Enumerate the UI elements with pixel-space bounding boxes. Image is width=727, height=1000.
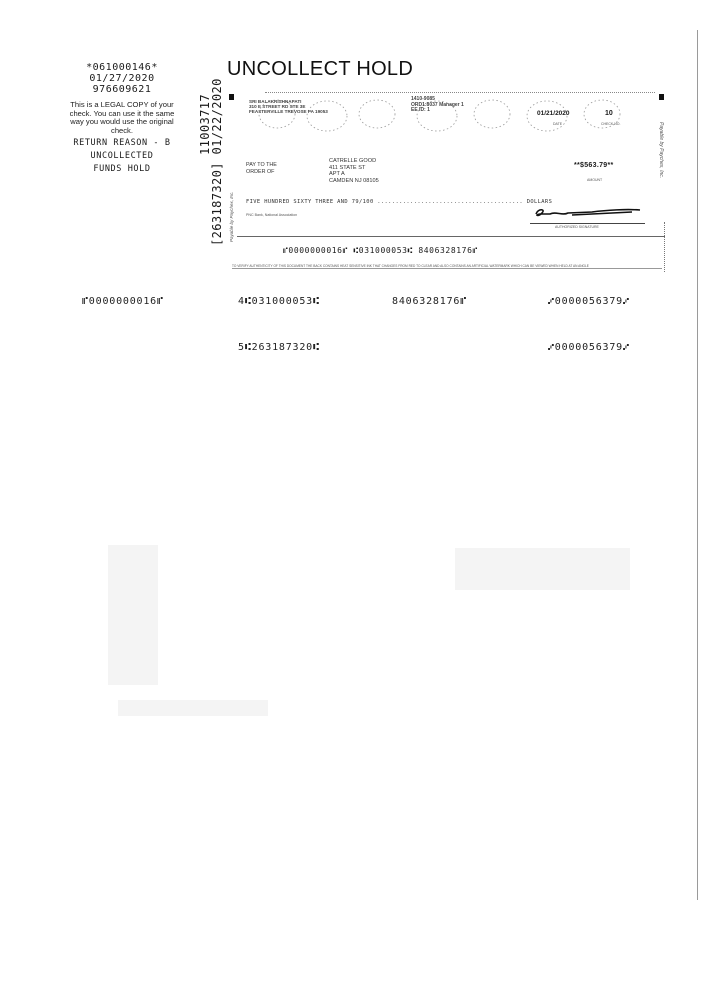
- pay-to-line-1: PAY TO THE: [246, 162, 277, 169]
- hold-title: UNCOLLECT HOLD: [227, 58, 413, 81]
- show-through-block: [108, 545, 158, 685]
- check-micr-line: ⑈0000000016⑈ ⑆031000053⑆ 8406328176⑈: [283, 246, 478, 255]
- check-right-edge: [664, 222, 666, 272]
- payee-name: CATRELLE GOOD: [329, 158, 379, 165]
- amount-in-words: FIVE HUNDRED SIXTY THREE AND 79/100 ....…: [246, 199, 552, 205]
- show-through-block: [118, 700, 268, 716]
- check-bottom-rule: [237, 236, 665, 237]
- corner-mark-icon: [659, 94, 664, 100]
- check-date: 01/21/2020: [537, 110, 570, 117]
- micr-account: 8406328176⑈: [392, 296, 467, 307]
- show-through-block: [455, 548, 630, 590]
- bank-name: PNC Bank, National Association: [246, 213, 297, 217]
- micr-amount: ⑇0000056379⑇: [548, 296, 630, 307]
- stamp-sequence: 976609621: [66, 84, 178, 95]
- payable-by-left: Payable by Paychex, Inc.: [229, 191, 234, 242]
- signature-label: AUTHORIZED SIGNATURE: [555, 225, 599, 229]
- payable-by-right: Payable by Paychex, Inc.: [658, 122, 664, 178]
- bottom-fine-print: TO VERIFY AUTHENTICITY OF THIS DOCUMENT …: [232, 264, 662, 269]
- corner-mark-icon: [229, 94, 234, 100]
- check-number: 10: [605, 110, 613, 117]
- check-number-label: CHECK NO.: [601, 122, 620, 126]
- return-reason-detail-2: FUNDS HOLD: [66, 164, 178, 174]
- micr-routing-2: 5⑆263187320⑆: [238, 342, 320, 353]
- micr-routing: 4⑆031000053⑆: [238, 296, 320, 307]
- payee-address: CATRELLE GOOD 411 STATE ST APT A CAMDEN …: [329, 158, 379, 184]
- legal-copy-notice: This is a LEGAL COPY of your check. You …: [66, 101, 178, 135]
- return-stamp: *061000146* 01/27/2020 976609621 This is…: [66, 62, 178, 174]
- bank-info: 1410-9085 ORD1:8037 Manager 1 EE ID: 1: [411, 97, 464, 114]
- scan-page-edge: [697, 30, 698, 900]
- payer-address: SRI BALAKRISHNAPATI 310 E STREET RD STE …: [249, 99, 328, 114]
- signature-icon: [532, 205, 642, 221]
- micr-serial: ⑈0000000016⑈: [82, 296, 164, 307]
- payee-city: CAMDEN NJ 08105: [329, 178, 379, 185]
- stamp-routing: *061000146*: [66, 62, 178, 73]
- signature-line: [530, 223, 645, 224]
- return-reason-detail-1: UNCOLLECTED: [66, 151, 178, 161]
- top-fine-print: [265, 92, 655, 95]
- micr-amount-2: ⑇0000056379⑇: [548, 342, 630, 353]
- amount-label: AMOUNT: [587, 178, 602, 182]
- date-label: DATE: [553, 122, 562, 126]
- pay-to-line-2: ORDER OF: [246, 169, 277, 176]
- trace-vertical: [263187320] 01/22/2020: [210, 78, 224, 246]
- payer-city: FEASTERVILLE TREVOSE PA 19053: [249, 109, 328, 114]
- check-image: SRI BALAKRISHNAPATI 310 E STREET RD STE …: [227, 92, 665, 244]
- return-reason: RETURN REASON - B: [66, 138, 178, 148]
- pay-to-label: PAY TO THE ORDER OF: [246, 162, 277, 176]
- check-amount: **$563.79**: [574, 162, 614, 169]
- bank-ee-id: EE ID: 1: [411, 108, 464, 114]
- stamp-date: 01/27/2020: [66, 73, 178, 84]
